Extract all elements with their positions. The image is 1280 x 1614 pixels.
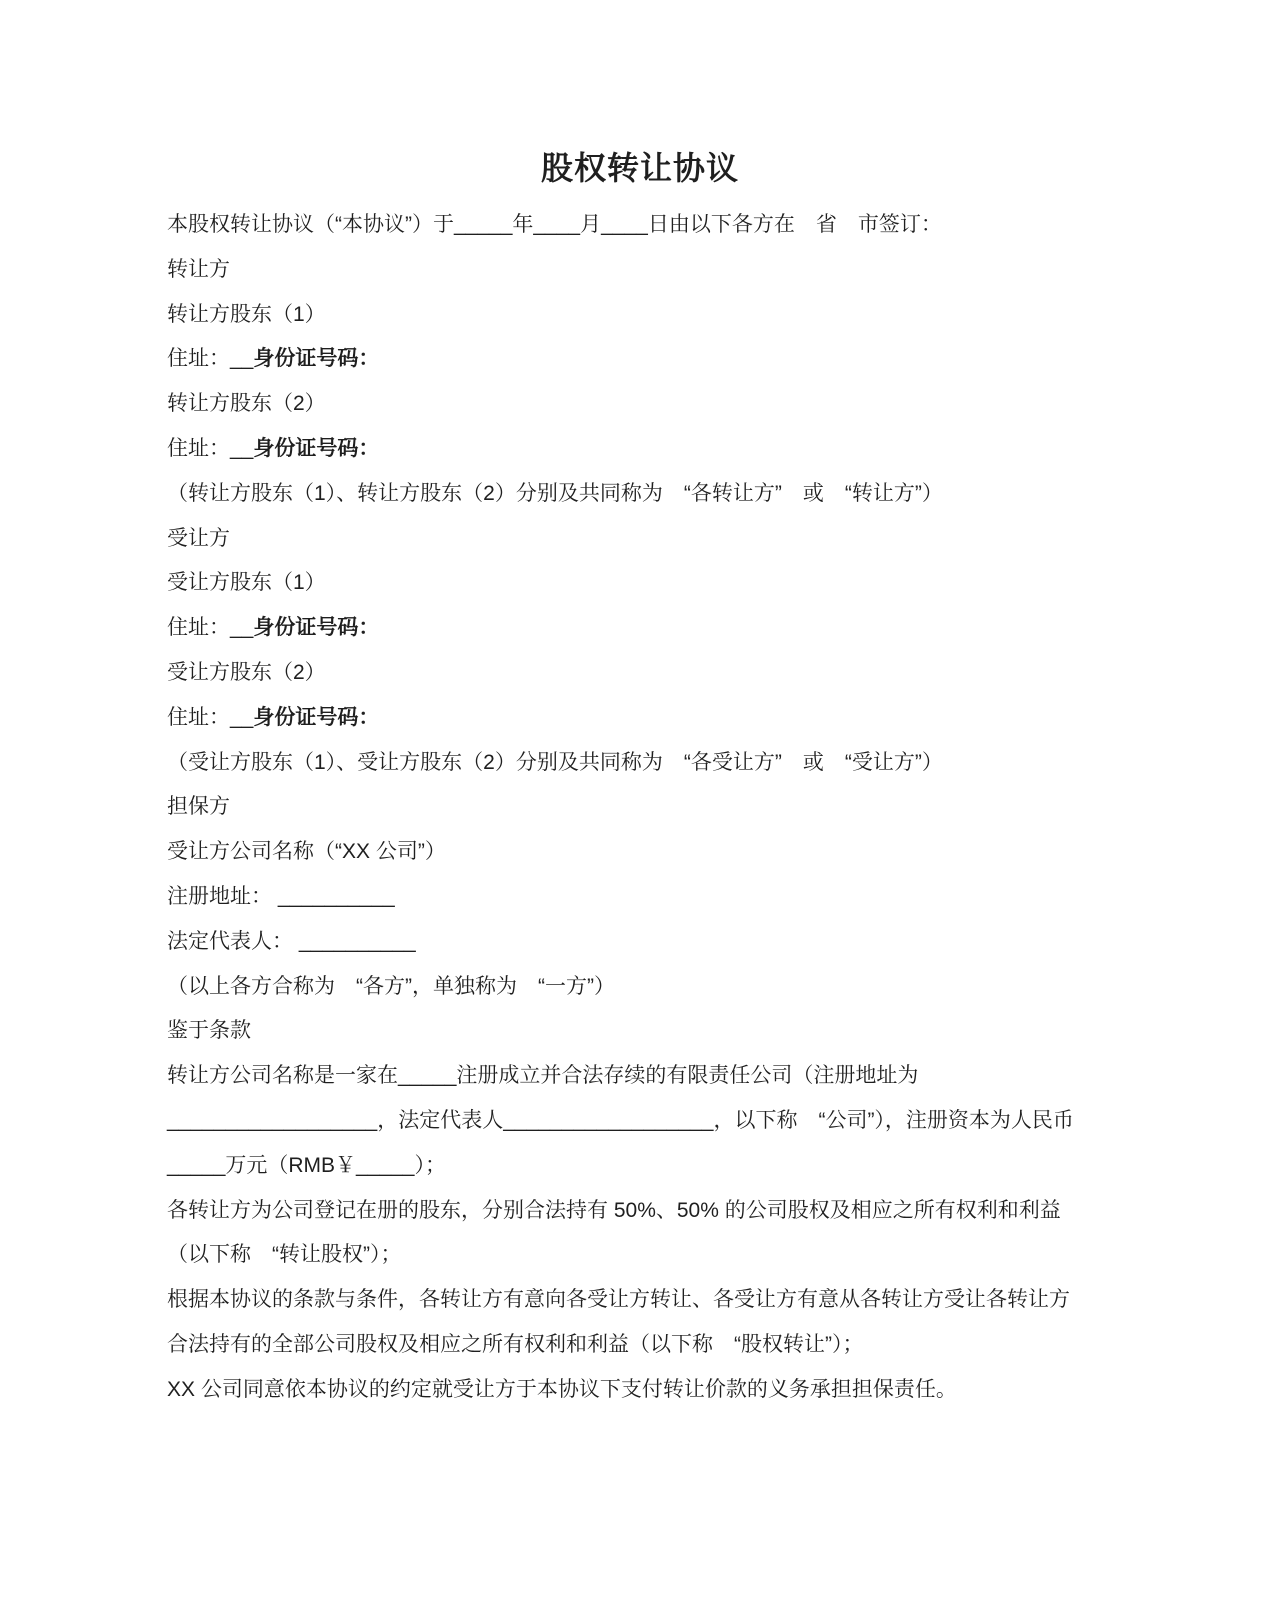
text-segment-bold: 身份证号码： bbox=[253, 616, 379, 639]
text-segment: 住址：__ bbox=[167, 347, 253, 370]
document-line: 注册地址： __________ bbox=[167, 875, 1127, 920]
text-segment: 受让方股东（2） bbox=[167, 661, 326, 684]
document-body: 本股权转让协议（“本协议”）于_____年____月____日由以下各方在 省 … bbox=[167, 203, 1127, 1413]
text-segment: 住址：__ bbox=[167, 437, 253, 460]
document-line: _____万元（RMB￥_____）； bbox=[167, 1144, 1127, 1189]
text-segment: 转让方公司名称是一家在_____注册成立并合法存续的有限责任公司（注册地址为 bbox=[167, 1064, 918, 1087]
text-segment: 各转让方为公司登记在册的股东，分别合法持有 50%、50% 的公司股权及相应之所… bbox=[167, 1199, 1061, 1222]
text-segment: 受让方 bbox=[167, 527, 230, 550]
text-segment-bold: 身份证号码： bbox=[253, 437, 379, 460]
document-line: __________________，法定代表人________________… bbox=[167, 1099, 1127, 1144]
document-line: 各转让方为公司登记在册的股东，分别合法持有 50%、50% 的公司股权及相应之所… bbox=[167, 1189, 1127, 1234]
document-line: 受让方股东（1） bbox=[167, 561, 1127, 606]
document-line: 住址：__身份证号码： bbox=[167, 427, 1127, 472]
text-segment: 担保方 bbox=[167, 795, 230, 818]
document-line: 法定代表人： __________ bbox=[167, 920, 1127, 965]
document-line: （受让方股东（1）、受让方股东（2）分别及共同称为 “各受让方” 或 “受让方”… bbox=[167, 741, 1127, 786]
text-segment: （转让方股东（1）、转让方股东（2）分别及共同称为 “各转让方” 或 “转让方”… bbox=[167, 482, 943, 505]
document-line: 合法持有的全部公司股权及相应之所有权利和利益（以下称 “股权转让”）； bbox=[167, 1323, 1127, 1368]
text-segment: 本股权转让协议（“本协议”）于_____年____月____日由以下各方在 省 … bbox=[167, 213, 942, 236]
text-segment: （以上各方合称为 “各方”，单独称为 “一方”） bbox=[167, 975, 615, 998]
text-segment: 鉴于条款 bbox=[167, 1019, 251, 1042]
text-segment: 法定代表人： __________ bbox=[167, 930, 416, 953]
text-segment: 住址：__ bbox=[167, 616, 253, 639]
document-line: 根据本协议的条款与条件，各转让方有意向各受让方转让、各受让方有意从各转让方受让各… bbox=[167, 1278, 1127, 1323]
document-line: 转让方 bbox=[167, 248, 1127, 293]
document-line: 本股权转让协议（“本协议”）于_____年____月____日由以下各方在 省 … bbox=[167, 203, 1127, 248]
document-line: 受让方股东（2） bbox=[167, 651, 1127, 696]
text-segment: （受让方股东（1）、受让方股东（2）分别及共同称为 “各受让方” 或 “受让方”… bbox=[167, 751, 943, 774]
document-line: 住址：__身份证号码： bbox=[167, 337, 1127, 382]
document-line: 担保方 bbox=[167, 785, 1127, 830]
text-segment: XX 公司同意依本协议的约定就受让方于本协议下支付转让价款的义务承担担保责任。 bbox=[167, 1378, 957, 1401]
document-line: 受让方公司名称（“XX 公司”） bbox=[167, 830, 1127, 875]
text-segment: 住址：__ bbox=[167, 706, 253, 729]
document-line: 转让方公司名称是一家在_____注册成立并合法存续的有限责任公司（注册地址为 bbox=[167, 1054, 1127, 1099]
document-line: （转让方股东（1）、转让方股东（2）分别及共同称为 “各转让方” 或 “转让方”… bbox=[167, 472, 1127, 517]
text-segment: __________________，法定代表人________________… bbox=[167, 1109, 1074, 1132]
text-segment: 转让方股东（2） bbox=[167, 392, 326, 415]
document-title: 股权转让协议 bbox=[167, 143, 1113, 189]
text-segment: 受让方股东（1） bbox=[167, 571, 326, 594]
document-line: 受让方 bbox=[167, 517, 1127, 562]
document-page: 股权转让协议 本股权转让协议（“本协议”）于_____年____月____日由以… bbox=[0, 0, 1280, 1614]
text-segment: （以下称 “转让股权”）； bbox=[167, 1243, 402, 1266]
text-segment-bold: 身份证号码： bbox=[253, 347, 379, 370]
document-line: 住址：__身份证号码： bbox=[167, 606, 1127, 651]
document-line: （以下称 “转让股权”）； bbox=[167, 1233, 1127, 1278]
document-line: 住址：__身份证号码： bbox=[167, 696, 1127, 741]
text-segment: 合法持有的全部公司股权及相应之所有权利和利益（以下称 “股权转让”）； bbox=[167, 1333, 863, 1356]
text-segment: 转让方股东（1） bbox=[167, 303, 326, 326]
text-segment: 受让方公司名称（“XX 公司”） bbox=[167, 840, 446, 863]
document-line: XX 公司同意依本协议的约定就受让方于本协议下支付转让价款的义务承担担保责任。 bbox=[167, 1368, 1127, 1413]
document-line: 转让方股东（1） bbox=[167, 293, 1127, 338]
text-segment-bold: 身份证号码： bbox=[253, 706, 379, 729]
text-segment: 注册地址： __________ bbox=[167, 885, 395, 908]
text-segment: 转让方 bbox=[167, 258, 230, 281]
document-line: 鉴于条款 bbox=[167, 1009, 1127, 1054]
document-line: （以上各方合称为 “各方”，单独称为 “一方”） bbox=[167, 965, 1127, 1010]
text-segment: 根据本协议的条款与条件，各转让方有意向各受让方转让、各受让方有意从各转让方受让各… bbox=[167, 1288, 1070, 1311]
text-segment: _____万元（RMB￥_____）； bbox=[167, 1154, 446, 1177]
document-line: 转让方股东（2） bbox=[167, 382, 1127, 427]
